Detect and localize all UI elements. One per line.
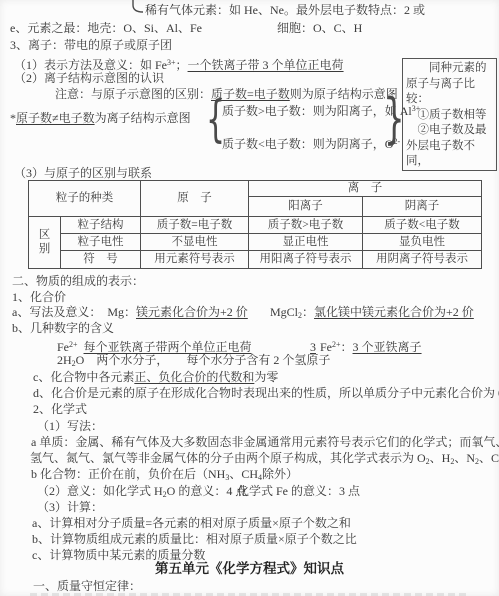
valence-title: 1、化合价 [12,290,66,305]
atom-ion-comparison-table: 粒子的种类 原 子 离 子 阳离子 阴离子 区别 粒子结构 质子数=电子数 质子… [28,180,482,269]
numbers-meaning-title: b、几种数字的含义 [12,321,114,336]
note-line: 注意：与原子示意图的区别：质子数=电子数则为原子结构示意图 [55,87,398,102]
ion-definition-line: 3、离子：带电的原子或原子团 [10,38,172,53]
h2o-meaning-line: 2H2O 两个水分子， 每个水分子含有 2 个氢原子 [57,353,330,371]
anion-branch-line: 质子数<电子数：则为阴离子，O2- [222,134,400,152]
atom-ion-diff-title: （3）与原子的区别与联系 [14,166,152,181]
brace-tail-icon [131,0,145,14]
calculation-title: （3）计算： [37,500,103,515]
same-element-comparison-box: 同种元素的原子与离子比较： ①质子数相等 ②电子数及最外层电子数不同， ③电子层… [402,58,497,171]
compound-order-line: b 化合物：正价在前，负价在后（NH3、CH4除外） [31,467,298,485]
header-atom: 原 子 [141,181,249,217]
calc-molecular-mass-line: a、计算相对分子质量=各元素的相对原子质量×原子个数之和 [32,516,351,531]
valence-sum-line: c、化合物中各元素正、负化合价的代数和为零 [33,370,278,385]
header-cation: 阳离子 [249,197,363,217]
valence-nature-line: d、化合价是元素的原子在形成化合物时表现出来的性质，所以单质分子中元素化合价为 … [33,386,499,401]
mass-conservation-title: 一、质量守恒定律： [33,579,141,594]
valence-writing-mgcl2: MgCl2：氯化镁中镁元素化合价为+2 价 [270,305,474,323]
table-row: 粒子电性 不显电性 显正电性 显负电性 [29,234,482,251]
header-ion: 离 子 [249,181,482,197]
calc-mass-ratio-line: b、计算物质组成元素的质量比：相对原子质量×原子个数之比 [32,532,357,547]
header-anion: 阴离子 [363,197,482,217]
composition-section-title: 二、物质的组成的表示： [12,274,144,289]
ion-structure-star-line: *原子数≠电子数为离子结构示意图 [10,111,191,126]
rare-gas-line: 稀有气体元素：如 He、Ne。最外层电子数特点：2 或 [145,3,425,18]
simple-substance-line1: a 单质：金属、稀有气体及大多数固态非金属通常用元素符号表示它们的化学式；而氧气… [31,435,499,450]
chemical-formula-title: 2、化学式 [33,402,87,417]
document-page: 稀有气体元素：如 He、Ne。最外层电子数特点：2 或 e、元素之最：地壳：O、… [0,0,499,596]
element-extremes-cell: 细胞：O、C、H [277,21,362,36]
ion-diagram-title: （2）离子结构示意图的认识 [14,71,164,86]
table-row: 符 号 用元素符号表示 用阳离子符号表示 用阴离子符号表示 [29,251,482,269]
table-row: 区别 粒子结构 质子数=电子数 质子数>电子数 质子数<电子数 [29,217,482,234]
unit5-heading: 第五单元《化学方程式》知识点 [0,561,499,576]
left-brace-icon: { [206,94,225,144]
element-extremes-line: e、元素之最：地壳：O、Si、Al、Fe [10,21,202,36]
valence-writing-line: a、写法及意义： Mg：镁元素化合价为+2 价 [12,305,248,320]
header-particle-kind: 粒子的种类 [29,181,141,217]
formula-meaning-fe: 化学式 Fe 的意义：3 点 [237,484,360,499]
table-header-row: 粒子的种类 原 子 离 子 [29,181,482,197]
formula-writing-title: （1）写法： [37,419,103,434]
row-group-label: 区别 [29,217,61,269]
